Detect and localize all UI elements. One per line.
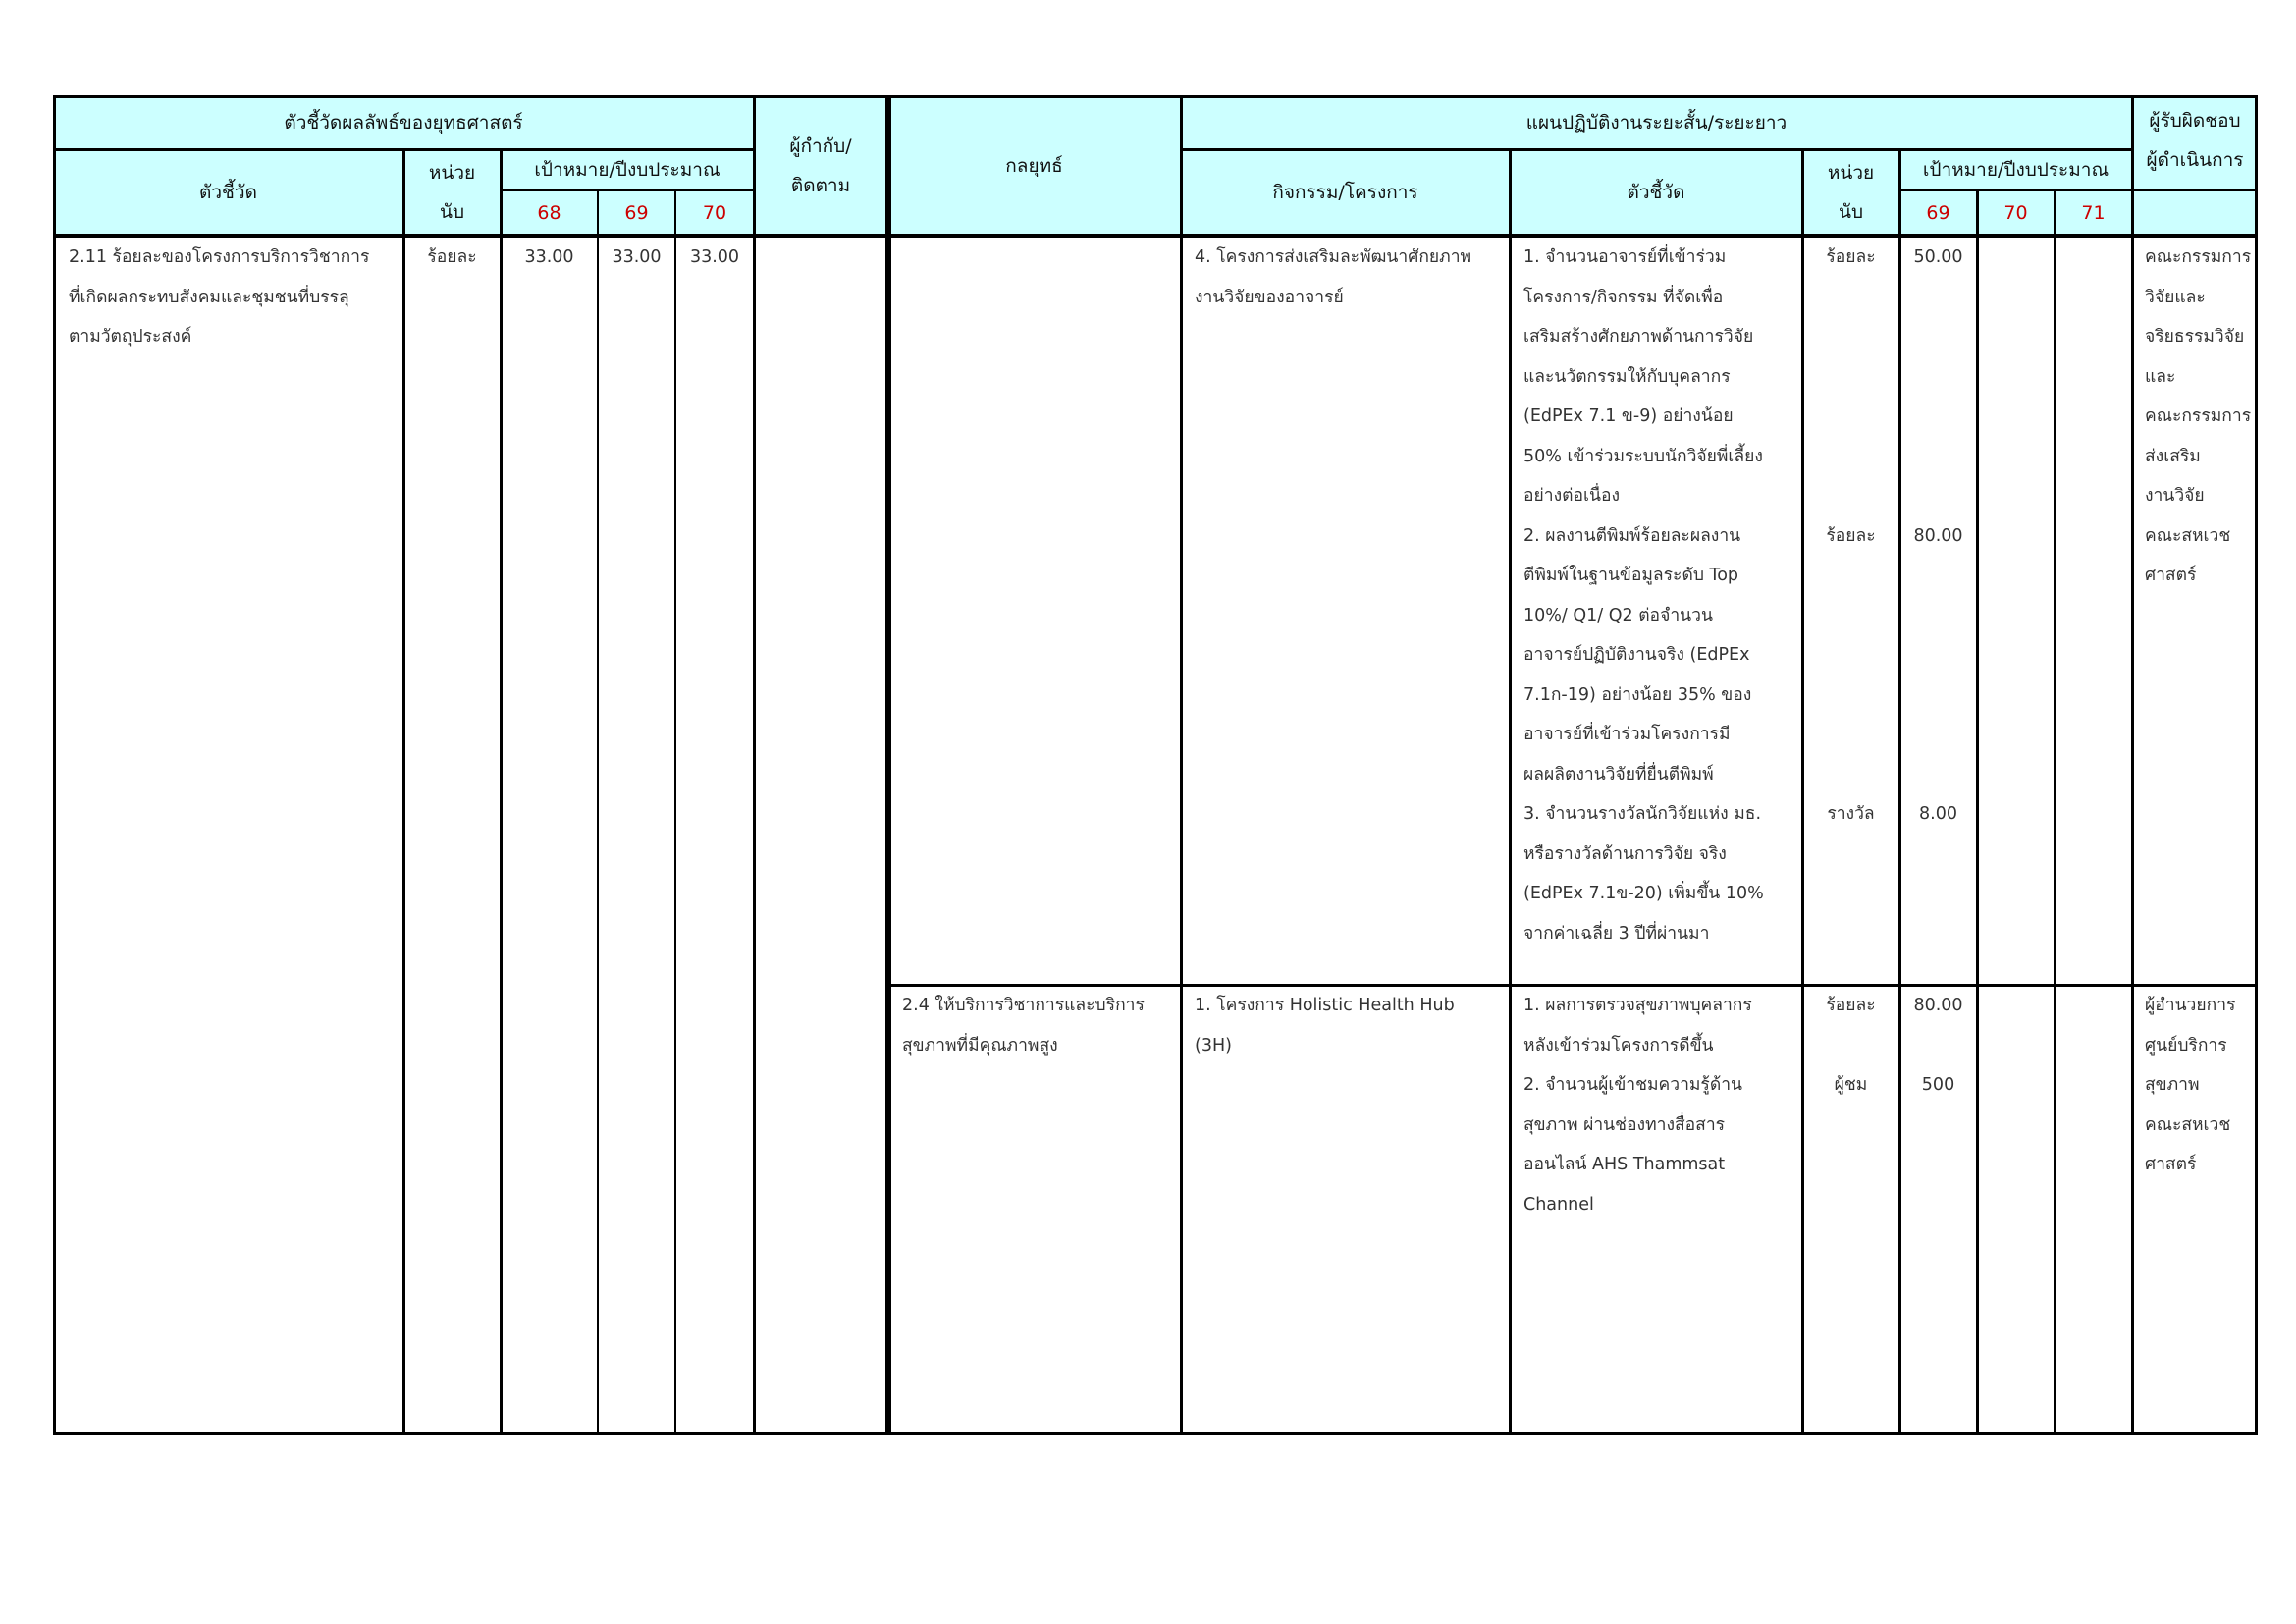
grid-line	[1899, 189, 2258, 191]
responsible-line: สุขภาพ	[2145, 1065, 2200, 1106]
responsible-line: งานวิจัย	[2145, 476, 2205, 516]
header-year-70-plan: 70	[1977, 190, 2055, 236]
plan-indicator-line: 1. จำนวนอาจารย์ที่เข้าร่วม	[1523, 238, 1726, 278]
plan-indicator-target: 80.00	[1899, 516, 1977, 557]
activity-line: 1. โครงการ Holistic Health Hub	[1195, 986, 1455, 1026]
header-supervisor-line1: ผู้กำกับ/	[789, 127, 851, 166]
grid-line	[2054, 190, 2056, 1435]
grid-line	[53, 95, 2258, 98]
grid-line	[501, 189, 754, 191]
responsible-line: วิจัยและ	[2145, 278, 2206, 318]
header-plan-indicator: ตัวชี้วัด	[1510, 149, 1802, 236]
plan-indicator-line: ผลผลิตงานวิจัยที่ยื่นตีพิมพ์	[1523, 755, 1714, 795]
header-year-69-plan: 69	[1899, 190, 1977, 236]
grid-line	[53, 234, 2258, 238]
outcome-indicator-line: ที่เกิดผลกระทบสังคมและชุมชนที่บรรลุ	[69, 278, 349, 318]
strategy-plan-table: ตัวชี้วัดผลลัพธ์ของยุทธศาสตร์ ตัวชี้วัด …	[53, 95, 2258, 1435]
plan-indicator-unit: รางวัล	[1802, 794, 1899, 835]
plan-indicator-line: 1. ผลการตรวจสุขภาพบุคลากร	[1523, 986, 1752, 1026]
plan-indicator-line: (EdPEx 7.1ข-20) เพิ่มขึ้น 10%	[1523, 874, 1764, 914]
responsible-line: คณะสหเวช	[2145, 1106, 2230, 1146]
plan-indicator-target: 50.00	[1899, 238, 1977, 278]
header-plan-unit-line2: นับ	[1839, 192, 1863, 232]
plan-indicator-line: หรือรางวัลด้านการวิจัย จริง	[1523, 835, 1727, 875]
header-unit: หน่วย นับ	[403, 149, 501, 236]
grid-line	[753, 95, 756, 1435]
grid-line	[597, 190, 599, 1435]
grid-line	[885, 95, 891, 1435]
responsible-line: ศาสตร์	[2145, 1145, 2196, 1185]
grid-line	[674, 190, 676, 1435]
grid-line	[1976, 190, 1979, 1435]
plan-indicator-line: (EdPEx 7.1 ข-9) อย่างน้อย	[1523, 397, 1734, 437]
header-responsible-blank	[2132, 190, 2258, 236]
header-activity: กิจกรรม/โครงการ	[1181, 149, 1510, 236]
responsible-line: ส่งเสริม	[2145, 437, 2201, 477]
outcome-target-69: 33.00	[598, 238, 675, 278]
header-year-68: 68	[501, 190, 598, 236]
plan-indicator-line: 2. ผลงานตีพิมพ์ร้อยละผลงาน	[1523, 516, 1740, 557]
header-responsible: ผู้รับผิดชอบ ผู้ดำเนินการ	[2132, 95, 2258, 190]
header-responsible-line1: ผู้รับผิดชอบ	[2149, 101, 2240, 140]
outcome-indicator-line: 2.11 ร้อยละของโครงการบริการวิชาการ	[69, 238, 369, 278]
grid-line	[1801, 149, 1804, 1435]
outcome-unit: ร้อยละ	[403, 238, 501, 278]
header-year-69: 69	[598, 190, 675, 236]
grid-line	[1180, 95, 1183, 1435]
plan-indicator-line: อาจารย์ที่เข้าร่วมโครงการมี	[1523, 715, 1731, 755]
plan-indicator-unit: ร้อยละ	[1802, 238, 1899, 278]
plan-indicator-line: 7.1ก-19) อย่างน้อย 35% ของ	[1523, 676, 1751, 716]
plan-indicator-line: เสริมสร้างศักยภาพด้านการวิจัย	[1523, 317, 1753, 357]
activity-line: งานวิจัยของอาจารย์	[1195, 278, 1344, 318]
header-supervisor-line2: ติดตาม	[791, 166, 850, 205]
header-responsible-line2: ผู้ดำเนินการ	[2147, 140, 2244, 180]
plan-indicator-target: 8.00	[1899, 794, 1977, 835]
grid-line	[887, 984, 2258, 987]
strategy-line: 2.4 ให้บริการวิชาการและบริการ	[902, 986, 1145, 1026]
plan-indicator-unit: ร้อยละ	[1802, 986, 1899, 1026]
responsible-line: ศาสตร์	[2145, 556, 2196, 596]
responsible-line: ศูนย์บริการ	[2145, 1026, 2227, 1066]
grid-line	[53, 1432, 2258, 1435]
plan-indicator-line: จากค่าเฉลี่ย 3 ปีที่ผ่านมา	[1523, 914, 1709, 954]
strategy-line: สุขภาพที่มีคุณภาพสูง	[902, 1026, 1058, 1066]
header-unit-line1: หน่วย	[429, 153, 475, 192]
plan-indicator-unit: ผู้ชม	[1802, 1065, 1899, 1106]
header-plan-unit: หน่วย นับ	[1802, 149, 1899, 236]
activity-line: 4. โครงการส่งเสริมละพัฒนาศักยภาพ	[1195, 238, 1471, 278]
plan-indicator-line: อย่างต่อเนื่อง	[1523, 476, 1620, 516]
outcome-target-70: 33.00	[675, 238, 754, 278]
header-target-right: เป้าหมาย/ปีงบประมาณ	[1899, 149, 2132, 190]
activity-line: (3H)	[1195, 1026, 1232, 1066]
plan-indicator-line: 3. จำนวนรางวัลนักวิจัยแห่ง มธ.	[1523, 794, 1761, 835]
plan-indicator-target: 500	[1899, 1065, 1977, 1106]
plan-indicator-line: และนวัตกรรมให้กับบุคลากร	[1523, 357, 1731, 398]
grid-line	[1898, 149, 1901, 1435]
grid-line	[2255, 95, 2258, 1435]
plan-indicator-line: หลังเข้าร่วมโครงการดีขึ้น	[1523, 1026, 1714, 1066]
grid-line	[402, 149, 405, 1435]
responsible-line: คณะสหเวช	[2145, 516, 2230, 557]
responsible-line: จริยธรรมวิจัย	[2145, 317, 2244, 357]
responsible-line: ผู้อำนวยการ	[2145, 986, 2235, 1026]
plan-indicator-target: 80.00	[1899, 986, 1977, 1026]
plan-indicator-line: อาจารย์ปฏิบัติงานจริง (EdPEx	[1523, 635, 1749, 676]
outcome-indicator-line: ตามวัตถุประสงค์	[69, 317, 191, 357]
plan-indicator-line: โครงการ/กิจกรรม ที่จัดเพื่อ	[1523, 278, 1723, 318]
plan-indicator-line: สุขภาพ ผ่านช่องทางสื่อสาร	[1523, 1106, 1725, 1146]
header-plan-group: แผนปฏิบัติงานระยะสั้น/ระยะยาว	[1181, 95, 2132, 149]
plan-indicator-line: ออนไลน์ AHS Thammsat	[1523, 1145, 1725, 1185]
responsible-line: คณะกรรมการ	[2145, 397, 2251, 437]
plan-indicator-line: 10%/ Q1/ Q2 ต่อจำนวน	[1523, 596, 1713, 636]
grid-line	[1181, 148, 2132, 151]
grid-line	[500, 149, 503, 1435]
responsible-line: และ	[2145, 357, 2175, 398]
plan-indicator-unit: ร้อยละ	[1802, 516, 1899, 557]
header-unit-line2: นับ	[440, 192, 464, 232]
header-plan-unit-line1: หน่วย	[1828, 153, 1874, 192]
header-left-group: ตัวชี้วัดผลลัพธ์ของยุทธศาสตร์	[53, 95, 754, 149]
header-strategy: กลยุทธ์	[887, 95, 1181, 236]
header-supervisor: ผู้กำกับ/ ติดตาม	[754, 95, 887, 236]
header-indicator: ตัวชี้วัด	[53, 149, 403, 236]
header-target-left: เป้าหมาย/ปีงบประมาณ	[501, 149, 754, 190]
plan-indicator-line: Channel	[1523, 1185, 1594, 1225]
grid-line	[1509, 149, 1512, 1435]
grid-line	[53, 95, 56, 1435]
header-year-70: 70	[675, 190, 754, 236]
grid-line	[2131, 95, 2134, 1435]
plan-indicator-line: ตีพิมพ์ในฐานข้อมูลระดับ Top	[1523, 556, 1738, 596]
plan-indicator-line: 50% เข้าร่วมระบบนักวิจัยพี่เลี้ยง	[1523, 437, 1763, 477]
responsible-line: คณะกรรมการ	[2145, 238, 2251, 278]
header-year-71-plan: 71	[2055, 190, 2132, 236]
plan-indicator-line: 2. จำนวนผู้เข้าชมความรู้ด้าน	[1523, 1065, 1742, 1106]
outcome-target-68: 33.00	[501, 238, 598, 278]
